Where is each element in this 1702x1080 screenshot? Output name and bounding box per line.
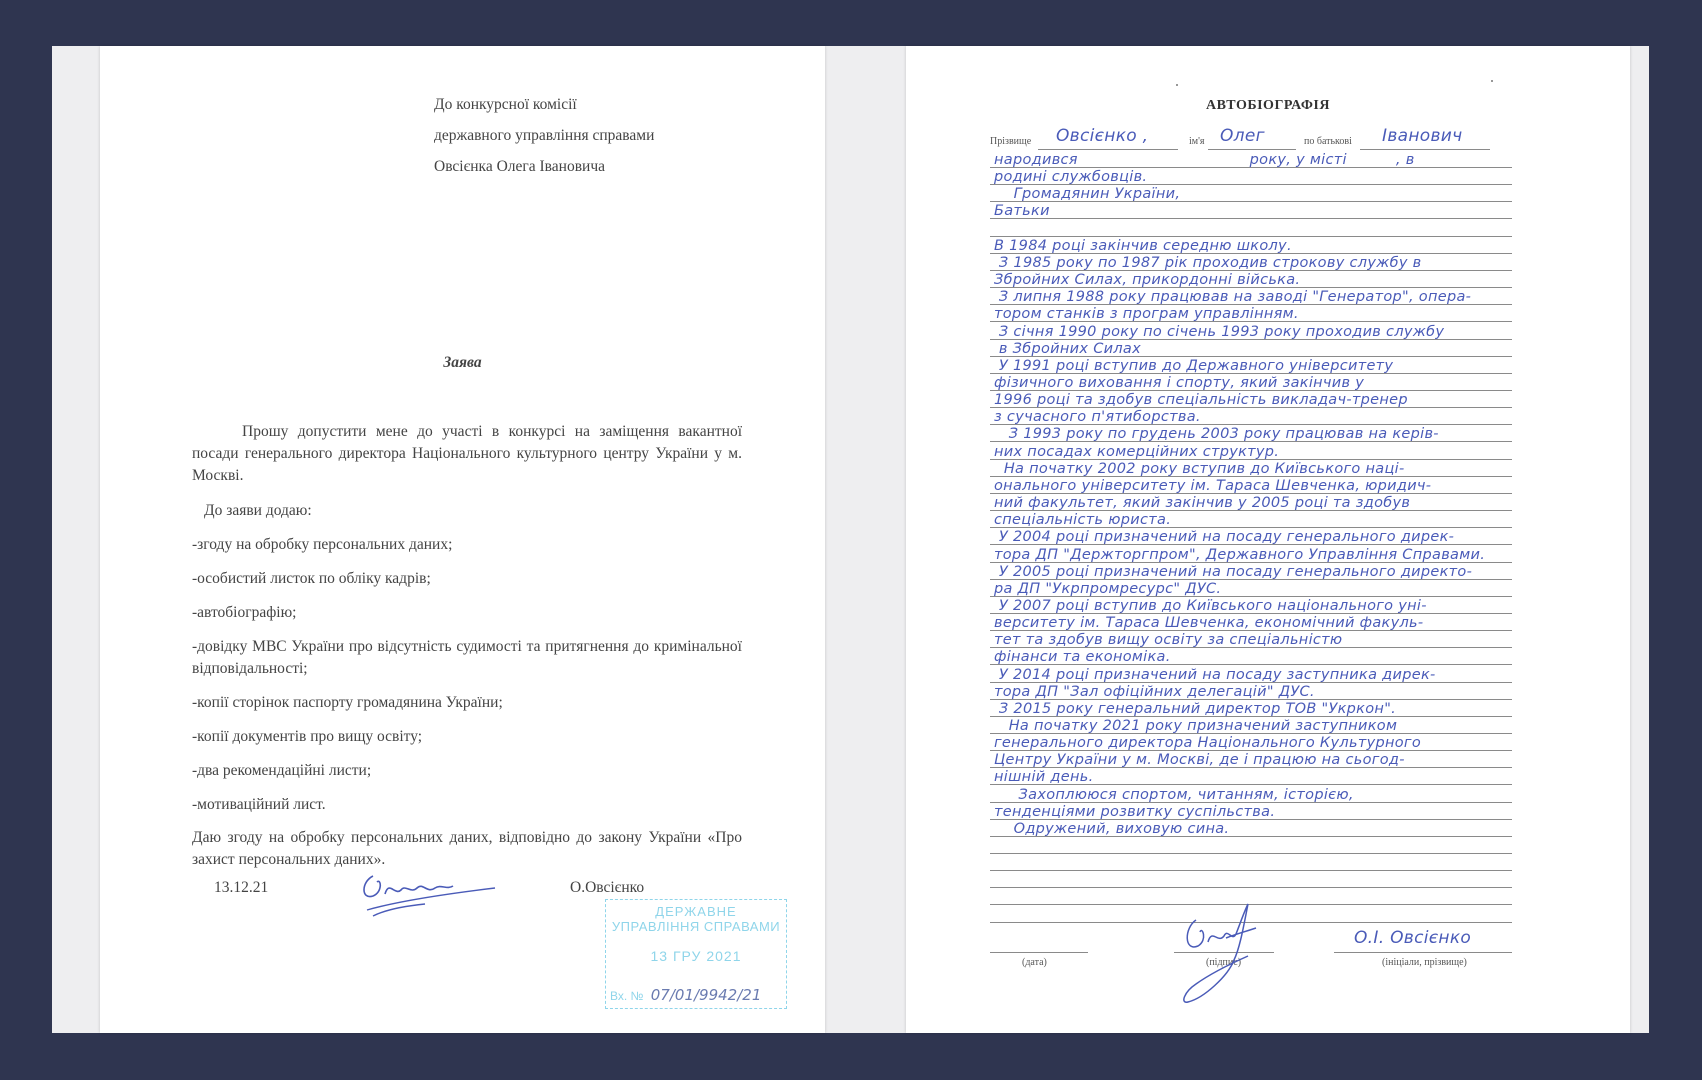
- scan-speck: [1491, 80, 1493, 82]
- letter-title: Заява: [100, 354, 825, 372]
- initials-caption: (ініціали, прізвище): [1382, 957, 1467, 968]
- attachment-item: -копії сторінок паспорту громадянина Укр…: [192, 692, 742, 714]
- signature-icon: [355, 866, 505, 926]
- patronymic-value: Іванович: [1382, 126, 1462, 146]
- letter-date: 13.12.21: [214, 879, 268, 897]
- autobiography-signature-icon: [1174, 898, 1274, 1008]
- name-rule: [1208, 149, 1296, 150]
- addressee-line: державного управління справами: [434, 127, 654, 145]
- stamp-registration: Вх. № 07/01/9942/21: [610, 986, 761, 1004]
- handwritten-line: У 2004 році призначений на посаду генера…: [994, 529, 1454, 545]
- application-letter-page: До конкурсної комісії державного управлі…: [100, 46, 825, 1033]
- handwritten-line: На початку 2021 року призначений заступн…: [994, 718, 1397, 734]
- attachment-item: -особистий листок по обліку кадрів;: [192, 568, 742, 590]
- handwritten-line: ра ДП "Укрпромресурс" ДУС.: [994, 581, 1221, 597]
- handwritten-line: ний факультет, який закінчив у 2005 році…: [994, 495, 1410, 511]
- handwritten-line: З січня 1990 року по січень 1993 року пр…: [994, 324, 1444, 340]
- handwritten-line: фізичного виховання і спорту, який закін…: [994, 375, 1364, 391]
- attachment-item: -копії документів про вищу освіту;: [192, 726, 742, 748]
- date-caption: (дата): [1022, 957, 1047, 968]
- stamp-line: УПРАВЛІННЯ СПРАВАМИ: [606, 919, 786, 934]
- handwritten-line: родині службовців.: [994, 169, 1147, 185]
- handwritten-line: З 1993 року по грудень 2003 року працюва…: [994, 426, 1439, 442]
- handwritten-line: фінанси та економіка.: [994, 649, 1171, 665]
- name-value: Олег: [1220, 126, 1265, 146]
- attachments-intro: До заяви додаю:: [192, 500, 742, 522]
- handwritten-line: З 2015 року генеральний директор ТОВ "Ук…: [994, 701, 1396, 717]
- stamp-date: 13 ГРУ 2021: [606, 948, 786, 964]
- stamp-reg-label: Вх. №: [610, 989, 643, 1003]
- ruled-line: [990, 853, 1512, 854]
- attachment-item: -довідку МВС України про відсутність суд…: [192, 636, 742, 680]
- handwritten-line: Центру України у м. Москві, де і працюю …: [994, 752, 1405, 768]
- handwritten-line: З липня 1988 року працював на заводі "Ге…: [994, 289, 1471, 305]
- handwritten-line: верситету ім. Тараса Шевченка, економічн…: [994, 615, 1423, 631]
- surname-label: Прізвище: [990, 136, 1031, 147]
- handwritten-line: спеціальність юриста.: [994, 512, 1171, 528]
- handwritten-line: з сучасного п'ятиборства.: [994, 409, 1201, 425]
- handwritten-line: З 1985 року по 1987 рік проходив строков…: [994, 255, 1421, 271]
- attachment-item: -мотиваційний лист.: [192, 794, 742, 816]
- handwritten-line: Громадянин України,: [994, 186, 1180, 202]
- handwritten-line: тенденціями розвитку суспільства.: [994, 804, 1275, 820]
- addressee-line: Овсієнка Олега Івановича: [434, 158, 605, 176]
- ruled-line: [990, 236, 1512, 237]
- handwritten-line: в Збройних Силах: [994, 341, 1141, 357]
- addressee-line: До конкурсної комісії: [434, 96, 577, 114]
- attachment-item: -автобіографію;: [192, 602, 742, 624]
- date-rule: [990, 952, 1088, 953]
- autobiography-title: АВТОБІОГРАФІЯ: [906, 98, 1630, 114]
- handwritten-line: Одружений, виховую сина.: [994, 821, 1229, 837]
- ruled-line: [990, 870, 1512, 871]
- handwritten-line: тором станків з програм управлінням.: [994, 306, 1299, 322]
- signatory-name: О.Овсієнко: [570, 879, 644, 897]
- initials-rule: [1334, 952, 1512, 953]
- handwritten-line: У 2007 році вступив до Київського націон…: [994, 598, 1427, 614]
- consent-paragraph: Даю згоду на обробку персональних даних,…: [192, 827, 742, 871]
- handwritten-line: тет та здобув вищу освіту за спеціальніс…: [994, 632, 1342, 648]
- request-paragraph: Прошу допустити мене до участі в конкурс…: [192, 421, 742, 487]
- registration-stamp: ДЕРЖАВНЕ УПРАВЛІННЯ СПРАВАМИ 13 ГРУ 2021…: [605, 899, 787, 1009]
- handwritten-line: нішній день.: [994, 769, 1094, 785]
- surname-rule: [1038, 149, 1178, 150]
- handwritten-line: тора ДП "Зал офіційних делегацій" ДУС.: [994, 684, 1315, 700]
- handwritten-line: У 2014 році призначений на посаду заступ…: [994, 667, 1436, 683]
- handwritten-line: У 2005 році призначений на посаду генера…: [994, 564, 1472, 580]
- autobiography-page: АВТОБІОГРАФІЯ Прізвище Овсієнко , ім'я О…: [906, 46, 1630, 1033]
- document-viewer: До конкурсної комісії державного управлі…: [52, 46, 1649, 1033]
- handwritten-line: онального університету ім. Тараса Шевчен…: [994, 478, 1431, 494]
- handwritten-line: генерального директора Національного Кул…: [994, 735, 1421, 751]
- handwritten-line: Збройних Силах, прикордонні війська.: [994, 272, 1300, 288]
- name-label: ім'я: [1189, 136, 1205, 147]
- patronymic-label: по батькові: [1304, 136, 1352, 147]
- handwritten-line: У 1991 році вступив до Державного універ…: [994, 358, 1393, 374]
- stamp-reg-number: 07/01/9942/21: [651, 986, 762, 1004]
- handwritten-line: Захоплююся спортом, читанням, історією,: [994, 787, 1354, 803]
- ruled-line: [990, 218, 1512, 219]
- handwritten-line: В 1984 році закінчив середню школу.: [994, 238, 1292, 254]
- surname-value: Овсієнко ,: [1056, 126, 1148, 146]
- ruled-line: [990, 887, 1512, 888]
- handwritten-line: народився року, у місті , в: [994, 152, 1415, 168]
- handwritten-line: 1996 році та здобув спеціальність виклад…: [994, 392, 1408, 408]
- patronymic-rule: [1360, 149, 1490, 150]
- initials-value: О.І. Овсієнко: [1354, 928, 1471, 948]
- handwritten-line: тора ДП "Держторгпром", Державного Управ…: [994, 547, 1485, 563]
- handwritten-line: Батьки: [994, 203, 1050, 219]
- handwritten-line: На початку 2002 року вступив до Київсько…: [994, 461, 1405, 477]
- attachment-item: -два рекомендаційні листи;: [192, 760, 742, 782]
- stamp-line: ДЕРЖАВНЕ: [606, 904, 786, 919]
- handwritten-line: них посадах комерційних структур.: [994, 444, 1279, 460]
- attachment-item: -згоду на обробку персональних даних;: [192, 534, 742, 556]
- scan-speck: [1176, 84, 1178, 86]
